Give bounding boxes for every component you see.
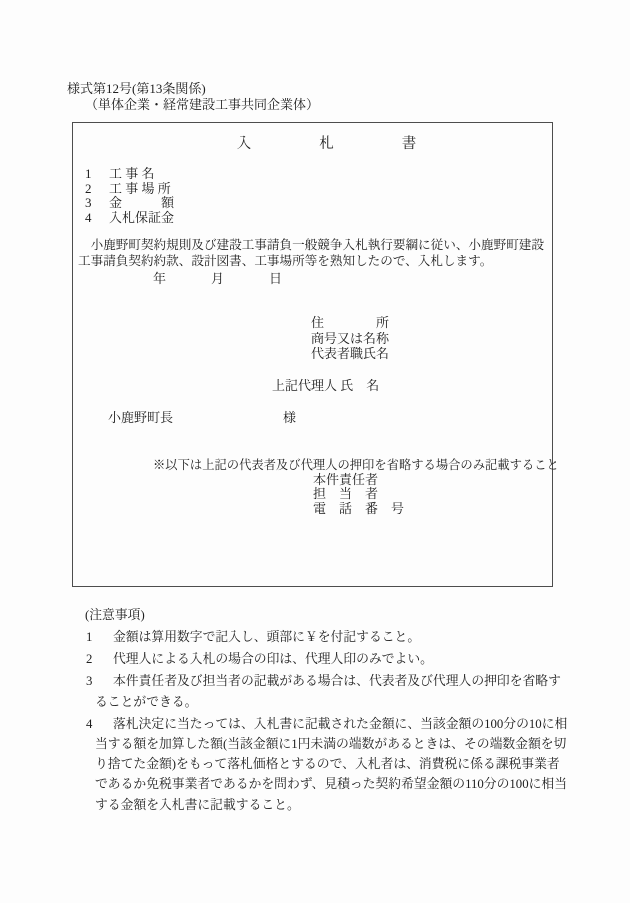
note-number: 1 <box>86 627 113 647</box>
note-item-agent-seal: 2代理人による入札の場合の印は、代理人印のみでよい。 <box>86 649 568 669</box>
doc-header: 様式第12号(第13条関係) （単体企業・経常建設工事共同企業体） <box>67 0 630 113</box>
note-number: 3 <box>86 671 113 691</box>
note-text: 本件責任者及び担当者の記載がある場合は、代表者及び代理人の押印を省略することがで… <box>95 674 561 708</box>
item-number: 1 <box>85 167 109 182</box>
form-number: 様式第12号(第13条関係) <box>67 81 630 97</box>
item-label: 金 額 <box>109 195 174 210</box>
form-item-bid-deposit: 4入札保証金 <box>85 211 552 226</box>
note-text: 落札決定に当たっては、入札書に記載された金額に、当該金額の100分の10に相当す… <box>95 717 567 812</box>
contact-field-responsible-person: 本件責任者 <box>313 473 552 488</box>
bid-form-box: 入札書 1工 事 名 2工 事 場 所 3金 額 4入札保証金 小鹿野町契約規則… <box>72 122 553 587</box>
form-target: （単体企業・経常建設工事共同企業体） <box>85 97 630 113</box>
notes-section: (注意事項) 1金額は算用数字で記入し、頭部に￥を付記すること。 2代理人による… <box>86 605 568 815</box>
contact-field-phone-number: 電 話 番 号 <box>313 502 552 517</box>
note-item-seal-omission: 3本件責任者及び担当者の記載がある場合は、代表者及び代理人の押印を省略することが… <box>86 671 568 711</box>
note-item-award-price: 4落札決定に当たっては、入札書に記載された金額に、当該金額の100分の10に相当… <box>86 714 568 815</box>
declaration-text: 小鹿野町契約規則及び建設工事請負一般競争入札執行要綱に従い、小鹿野町建設工事請負… <box>78 238 548 269</box>
note-text: 金額は算用数字で記入し、頭部に￥を付記すること。 <box>113 630 420 644</box>
date-line: 年 月 日 <box>153 271 552 286</box>
honorific: 様 <box>283 410 296 425</box>
item-number: 2 <box>85 182 109 197</box>
bid-form-page: { "header": { "form_number": "様式第12号(第13… <box>0 0 630 903</box>
bidder-block: 住 所 商号又は名称 代表者職氏名 <box>311 315 552 362</box>
item-number: 4 <box>85 211 109 226</box>
addressee-line: 小鹿野町長様 <box>108 410 552 426</box>
item-number: 3 <box>85 196 109 211</box>
form-item-amount: 3金 額 <box>85 196 552 211</box>
bidder-field-representative: 代表者職氏名 <box>311 346 552 362</box>
note-number: 4 <box>86 714 113 734</box>
agent-name-line: 上記代理人 氏 名 <box>272 378 552 394</box>
addressee: 小鹿野町長 <box>108 410 173 425</box>
form-title: 入札書 <box>73 137 552 152</box>
note-number: 2 <box>86 649 113 669</box>
item-label: 入札保証金 <box>109 210 174 225</box>
item-label: 工 事 場 所 <box>109 181 171 196</box>
bidder-field-address: 住 所 <box>311 315 552 331</box>
form-item-list: 1工 事 名 2工 事 場 所 3金 額 4入札保証金 <box>85 167 552 225</box>
stamp-omission-note: ※以下は上記の代表者及び代理人の押印を省略する場合のみ記載すること <box>153 458 552 473</box>
item-label: 工 事 名 <box>109 166 155 181</box>
contact-block: 本件責任者 担 当 者 電 話 番 号 <box>313 473 552 517</box>
form-item-construction-name: 1工 事 名 <box>85 167 552 182</box>
form-item-construction-site: 2工 事 場 所 <box>85 182 552 197</box>
note-text: 代理人による入札の場合の印は、代理人印のみでよい。 <box>113 652 433 666</box>
contact-field-staff: 担 当 者 <box>313 487 552 502</box>
bidder-field-company-name: 商号又は名称 <box>311 331 552 347</box>
note-item-yen-mark: 1金額は算用数字で記入し、頭部に￥を付記すること。 <box>86 627 568 647</box>
notes-heading: (注意事項) <box>85 605 568 625</box>
